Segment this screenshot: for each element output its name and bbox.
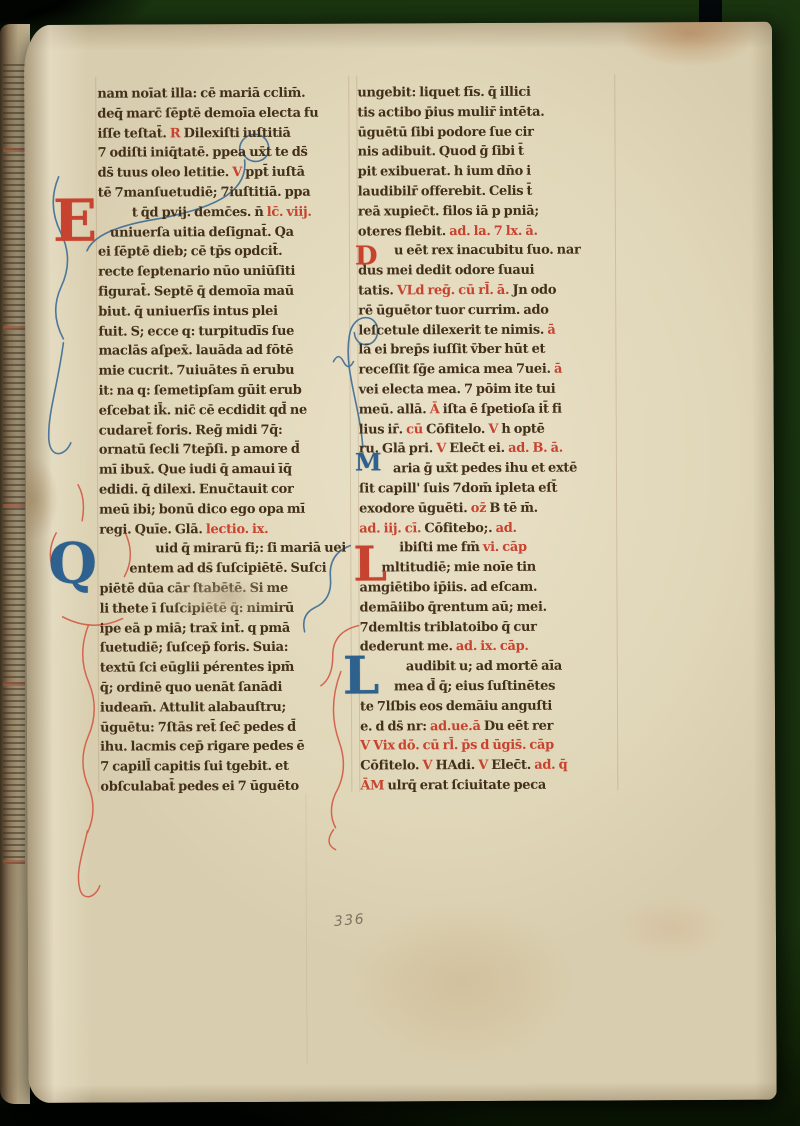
- body-text: rē ūguētor tuor currim. ado: [358, 302, 548, 318]
- rubric-text: V: [436, 441, 449, 456]
- body-text: exodore ūguēti.: [359, 501, 471, 516]
- text-line: tē 7manſuetudiē; 7iuſtitiā. ppa: [98, 183, 350, 204]
- body-text: receſſit ſḡe amica mea 7uei.: [358, 362, 554, 378]
- text-line: dus mei dedit odore ſuaui: [358, 261, 616, 282]
- body-text: Cōfitelo.: [360, 758, 422, 773]
- body-text: aria ḡ ux̄t pedes ihu et extē: [393, 461, 577, 477]
- text-line: ihu. lacmis cep̄ rigare pedes ē: [100, 737, 352, 758]
- text-line: ibiſti me fm̄ vi. cāp: [359, 538, 617, 559]
- rubric-text: ad.: [496, 520, 517, 535]
- manuscript-page: nam noīat illa: cē mariā cclim̄.deq̄ mar…: [24, 22, 777, 1103]
- rubric-text: ad. ix. cāp.: [456, 639, 529, 654]
- body-text: mie cucrit. 7uiuātes n̄ erubu: [98, 363, 294, 379]
- body-text: regi. Quīe. Glā.: [99, 522, 206, 537]
- red-flourish-tail: [78, 831, 100, 897]
- text-line: lius ir̄. cū Cōfitelo. V h optē: [359, 419, 617, 440]
- rubric-text: VLd reḡ. cū rl̄. ā.: [397, 283, 513, 299]
- text-line: it: na q: ſemetipſam gūit erub: [99, 381, 351, 402]
- body-text: vei electa mea. 7 pōim ite tui: [359, 382, 556, 398]
- body-text: mī ibux̄. Que iudi q̄ amaui īq̄: [99, 462, 292, 478]
- rubric-text: ā: [554, 362, 562, 377]
- body-text: ibiſti me fm̄: [399, 540, 483, 555]
- body-text: uid q̄ mirarū fi;: ſi mariā uei: [155, 541, 346, 557]
- text-line: 7 capill̄ capitis ſui tgebit. et: [100, 757, 352, 778]
- text-line: biut. q̄ uniuerſīs intus plei: [98, 301, 350, 322]
- body-text: Cōfitelo.: [426, 422, 488, 437]
- body-text: it: na q: ſemetipſam gūit erub: [99, 383, 302, 399]
- text-line: te 7lſbis eos demāiu anguſti: [360, 696, 618, 717]
- body-text: h optē: [501, 421, 544, 436]
- body-text: recte ſeptenario nūo uniūſiti: [98, 264, 295, 280]
- body-text: e. d ds̄ nr:: [360, 719, 430, 734]
- text-line: vei electa mea. 7 pōim ite tui: [359, 379, 617, 400]
- text-line: nam noīat illa: cē mariā cclim̄.: [97, 84, 349, 105]
- body-text: lā ei brep̄s iuſſit v̄ber hūt et: [358, 342, 545, 358]
- body-text: uniuerſa uitia deſignat̄. Qa: [110, 224, 294, 240]
- body-text: audibit u; ad mortē aīa: [406, 659, 562, 675]
- text-line: textū ſci eūglii pérentes ipm̄: [100, 658, 352, 679]
- body-text: HAdi.: [435, 758, 478, 773]
- text-line: q̄; ordinē quo uenāt ſanādi: [100, 677, 352, 698]
- body-text: ei ſēptē dieb; cē tp̄s opdcit̄.: [98, 244, 282, 260]
- text-column-left: nam noīat illa: cē mariā cclim̄.deq̄ mar…: [97, 84, 352, 798]
- body-text: tatis.: [358, 283, 397, 298]
- body-text: ds̄ tuus oleo letitie.: [98, 165, 233, 181]
- text-line: audibit u; ad mortē aīa: [360, 657, 618, 678]
- body-text: Dilexiſti iuſtitiā: [184, 125, 291, 140]
- red-flourish-L-hook: [329, 830, 336, 850]
- body-text: iſſe teſtat̄.: [97, 126, 169, 141]
- text-line: uid q̄ mirarū fi;: ſi mariā uei: [99, 539, 351, 560]
- text-line: u eēt rex inacubitu ſuo. nar: [358, 241, 616, 262]
- red-flourish-chain: [82, 625, 94, 833]
- body-text: oteres flebit.: [358, 224, 449, 239]
- text-line: laudibilr̄ offerebit. Celis t̄: [358, 181, 616, 202]
- text-line: Cōfitelo. V HAdi. V Elec̄t. ad. q̄: [360, 756, 618, 777]
- body-text: 7demltis triblatoibo q̄ cur: [360, 619, 537, 635]
- body-text: q̄; ordinē quo uenāt ſanādi: [100, 680, 282, 696]
- text-line: dederunt me. ad. ix. cāp.: [360, 637, 618, 658]
- rubric-text: ad. la. 7 lx. ā.: [449, 223, 538, 238]
- decorated-initials: EQDMLL: [24, 22, 772, 25]
- folio-number: 336: [333, 911, 366, 930]
- body-text: Cōfitebo;.: [424, 520, 495, 535]
- body-text: Du eēt rer: [484, 718, 553, 733]
- text-line: iſſe teſtat̄. R Dilexiſti iuſtitiā: [97, 123, 349, 144]
- body-text: obſculabat̄ pedes ei 7 ūguēto: [100, 779, 299, 795]
- body-text: iſta ē ſpetioſa it̄ fi: [443, 401, 562, 417]
- rubric-text: V: [232, 165, 245, 180]
- ink-smudge: [156, 572, 296, 625]
- body-text: iudeam̄. Attulit alabauſtru;: [100, 700, 286, 716]
- body-text: nam noīat illa: cē mariā cclim̄.: [97, 86, 305, 102]
- text-line: ſit capill' ſuis 7dom̄ ipleta eſt̄: [359, 478, 617, 499]
- body-text: nis adibuit. Quod ḡ ſibi t̄: [358, 144, 524, 160]
- text-line: ei ſēptē dieb; cē tp̄s opdcit̄.: [98, 242, 350, 263]
- initial-Q-blue: Q: [48, 539, 97, 590]
- manuscript-photo: nam noīat illa: cē mariā cclim̄.deq̄ mar…: [0, 0, 800, 1126]
- body-text: demāiibo q̄rentum aū; mei.: [360, 599, 547, 615]
- text-line: pit exibuerat. h ium dn̄o i: [358, 162, 616, 183]
- body-text: cudaret̄ foris. Reḡ midi 7q̄:: [99, 422, 283, 438]
- body-text: edidi. q̄ dilexi. Enuc̄tauit cor: [99, 482, 294, 498]
- rubric-text: lc̄. viij.: [267, 205, 312, 220]
- text-line: deq̄ marc̄ ſēptē demoīa electa fu: [97, 103, 349, 124]
- rubric-text: Ā: [430, 402, 443, 417]
- rubric-text: R: [170, 126, 184, 141]
- red-flourish-Q-top: [78, 485, 83, 521]
- page-crease: [305, 794, 307, 1064]
- text-line: edidi. q̄ dilexi. Enuc̄tauit cor: [99, 480, 351, 501]
- text-line: reā xupiec̄t. filos iā p pniā;: [358, 201, 616, 222]
- body-text: ungebit: liquet fīs. q̄ illici: [357, 85, 530, 101]
- body-text: tē 7manſuetudiē; 7iuſtitiā. ppa: [98, 185, 311, 201]
- body-text: ulrq̄ erat ſciuitate peca: [387, 778, 546, 794]
- text-line: mī ibux̄. Que iudi q̄ amaui īq̄: [99, 460, 351, 481]
- body-text: ihu. lacmis cep̄ rigare pedes ē: [100, 739, 304, 755]
- body-text: Elec̄t.: [491, 758, 534, 773]
- body-text: 7 capill̄ capitis ſui tgebit. et: [100, 759, 289, 775]
- rubric-text: vi. cāp: [483, 540, 527, 555]
- body-text: mea d̄ q̄; eius ſuſtinētes: [394, 679, 555, 695]
- text-line: oteres flebit. ad. la. 7 lx. ā.: [358, 221, 616, 242]
- body-text: u eēt rex inacubitu ſuo. nar: [394, 243, 581, 259]
- body-text: dus mei dedit odore ſuaui: [358, 263, 534, 279]
- text-line: regi. Quīe. Glā. lectio. ix.: [99, 519, 351, 540]
- text-line: ru. Glā pri. V Elec̄t ei. ad. B. ā.: [359, 439, 617, 460]
- blue-flourish-tail: [48, 343, 71, 454]
- initial-M-blue: M: [355, 451, 382, 473]
- initial-D-red: D: [355, 245, 378, 268]
- text-line: receſſit ſḡe amica mea 7uei. ā: [358, 360, 616, 381]
- body-text: t q̄d pvij. demc̄es. n̄: [132, 205, 267, 221]
- text-line: tatis. VLd reḡ. cū rl̄. ā. Jn odo: [358, 280, 616, 301]
- text-line: recte ſeptenario nūo uniūſiti: [98, 262, 350, 283]
- body-text: reā xupiec̄t. filos iā p pniā;: [358, 204, 539, 220]
- text-line: cudaret̄ foris. Reḡ midi 7q̄:: [99, 420, 351, 441]
- text-line: ungebit: liquet fīs. q̄ illici: [357, 82, 615, 103]
- text-line: aria ḡ ux̄t pedes ihu et extē: [359, 459, 617, 480]
- text-line: leſcetule dilexerit te nimis. ā: [358, 320, 616, 341]
- text-line: exodore ūguēti. oz̄ B tē m̄.: [359, 498, 617, 519]
- body-text: mltitudiē; mie noīe tin: [381, 560, 536, 576]
- text-line: ds̄ tuus oleo letitie. V ppt̄ iuſtā: [98, 163, 350, 184]
- text-line: rē ūguētor tuor currim. ado: [358, 300, 616, 321]
- text-line: amgiētibo ip̄iis. ad eſcam.: [359, 577, 617, 598]
- text-line: ad. iij. cī. Cōfitebo;. ad.: [359, 518, 617, 539]
- text-line: iudeam̄. Attulit alabauſtru;: [100, 697, 352, 718]
- body-text: textū ſci eūglii pérentes ipm̄: [100, 660, 294, 676]
- rubric-text: ĀM: [360, 778, 387, 793]
- body-text: deq̄ marc̄ ſēptē demoīa electa fu: [97, 106, 318, 122]
- body-text: maclās aſpex̄. lauāda ad fōtē: [98, 343, 293, 359]
- text-line: ornatū ſecli 7tep̄ſi. p amore d̄: [99, 440, 351, 461]
- body-text: lius ir̄.: [359, 422, 406, 437]
- text-line: 7demltis triblatoibo q̄ cur: [360, 617, 618, 638]
- rubric-text: ad. q̄: [534, 758, 567, 773]
- rubric-text: cū: [406, 422, 426, 437]
- text-line: e. d ds̄ nr: ad.ue.ā Du eēt rer: [360, 716, 618, 737]
- text-line: figurat̄. Septē q̄ demoīa maū: [98, 282, 350, 303]
- body-text: tis actibo p̄ius mulir̄ intēta.: [357, 105, 544, 121]
- edge-text-bleed: [3, 64, 25, 864]
- rubric-text: V Vix dō. cū rl̄. p̄s d ūgis̄. cāp: [360, 738, 554, 754]
- body-text: ūguētū ſibi podore ſue cir: [357, 124, 533, 140]
- body-text: ſuetudiē; ſuſcep̄ foris. Suia:: [100, 640, 289, 656]
- text-line: ūguētū ſibi podore ſue cir: [357, 122, 615, 143]
- rubric-text: ad. B. ā.: [508, 441, 563, 456]
- body-text: Elec̄t ei.: [449, 441, 508, 456]
- body-text: laudibilr̄ offerebit. Celis t̄: [358, 184, 533, 200]
- text-line: eſcebat ik̄. nic̄ cē ecdidit qd̄ ne: [99, 400, 351, 421]
- initial-L-blue: L: [343, 653, 380, 700]
- text-line: mea d̄ q̄; eius ſuſtinētes: [360, 676, 618, 697]
- body-text: ūguētu: 7ſtās ret̄ ſec̄ pedes d̄: [100, 719, 296, 735]
- initial-L-red: L: [353, 543, 387, 586]
- text-line: obſculabat̄ pedes ei 7 ūguēto: [100, 776, 352, 797]
- text-line: ūguētu: 7ſtās ret̄ ſec̄ pedes d̄: [100, 717, 352, 738]
- text-line: t q̄d pvij. demc̄es. n̄ lc̄. viij.: [98, 202, 350, 223]
- text-line: ĀM ulrq̄ erat ſciuitate peca: [360, 775, 618, 796]
- rubric-text: oz̄: [471, 501, 490, 516]
- text-line: V Vix dō. cū rl̄. p̄s d ūgis̄. cāp: [360, 736, 618, 757]
- rubric-text: ā: [547, 322, 555, 337]
- text-line: ſuetudiē; ſuſcep̄ foris. Suia:: [100, 638, 352, 659]
- text-line: lā ei brep̄s iuſſit v̄ber hūt et: [358, 340, 616, 361]
- body-text: fuit. S; ecce q: turpitudīs ſue: [98, 323, 294, 339]
- body-text: 7 odiſti iniq̄tatē. ppea ux̄t te ds̄: [98, 145, 308, 161]
- rubric-text: lectio. ix.: [206, 521, 269, 536]
- body-text: figurat̄. Septē q̄ demoīa maū: [98, 284, 294, 300]
- text-line: nis adibuit. Quod ḡ ſibi t̄: [358, 142, 616, 163]
- body-text: eſcebat ik̄. nic̄ cē ecdidit qd̄ ne: [99, 403, 307, 419]
- body-text: pit exibuerat. h ium dn̄o i: [358, 164, 531, 180]
- body-text: meū ibi; bonū dico ego opa mī: [99, 502, 305, 518]
- rubric-text: V: [488, 421, 501, 436]
- text-line: mie cucrit. 7uiuātes n̄ erubu: [98, 361, 350, 382]
- text-line: fuit. S; ecce q: turpitudīs ſue: [98, 321, 350, 342]
- text-line: maclās aſpex̄. lauāda ad fōtē: [98, 341, 350, 362]
- initial-E-red: E: [53, 195, 97, 247]
- text-column-right: ungebit: liquet fīs. q̄ illicitis actibo…: [357, 82, 618, 796]
- body-text: ſit capill' ſuis 7dom̄ ipleta eſt̄: [359, 481, 557, 497]
- body-text: ornatū ſecli 7tep̄ſi. p amore d̄: [99, 442, 300, 458]
- rubric-text: ad. iij. cī.: [359, 521, 424, 536]
- body-text: B tē m̄.: [489, 500, 538, 515]
- rubric-text: V: [478, 758, 491, 773]
- text-line: uniuerſa uitia deſignat̄. Qa: [98, 222, 350, 243]
- rubric-text: V: [422, 758, 435, 773]
- body-text: Jn odo: [512, 283, 556, 298]
- text-line: demāiibo q̄rentum aū; mei.: [360, 597, 618, 618]
- body-text: biut. q̄ uniuerſīs intus plei: [98, 304, 278, 320]
- body-text: ppt̄ iuſtā: [245, 165, 304, 180]
- text-line: meū ibi; bonū dico ego opa mī: [99, 499, 351, 520]
- text-line: 7 odiſti iniq̄tatē. ppea ux̄t te ds̄: [98, 143, 350, 164]
- text-line: mltitudiē; mie noīe tin: [359, 558, 617, 579]
- text-line: meū. allā. Ā iſta ē ſpetioſa it̄ fi: [359, 399, 617, 420]
- body-text: te 7lſbis eos demāiu anguſti: [360, 698, 552, 714]
- rubric-text: ad.ue.ā: [430, 719, 484, 734]
- text-line: tis actibo p̄ius mulir̄ intēta.: [357, 102, 615, 123]
- body-text: meū. allā.: [359, 402, 430, 417]
- body-text: leſcetule dilexerit te nimis.: [358, 322, 547, 338]
